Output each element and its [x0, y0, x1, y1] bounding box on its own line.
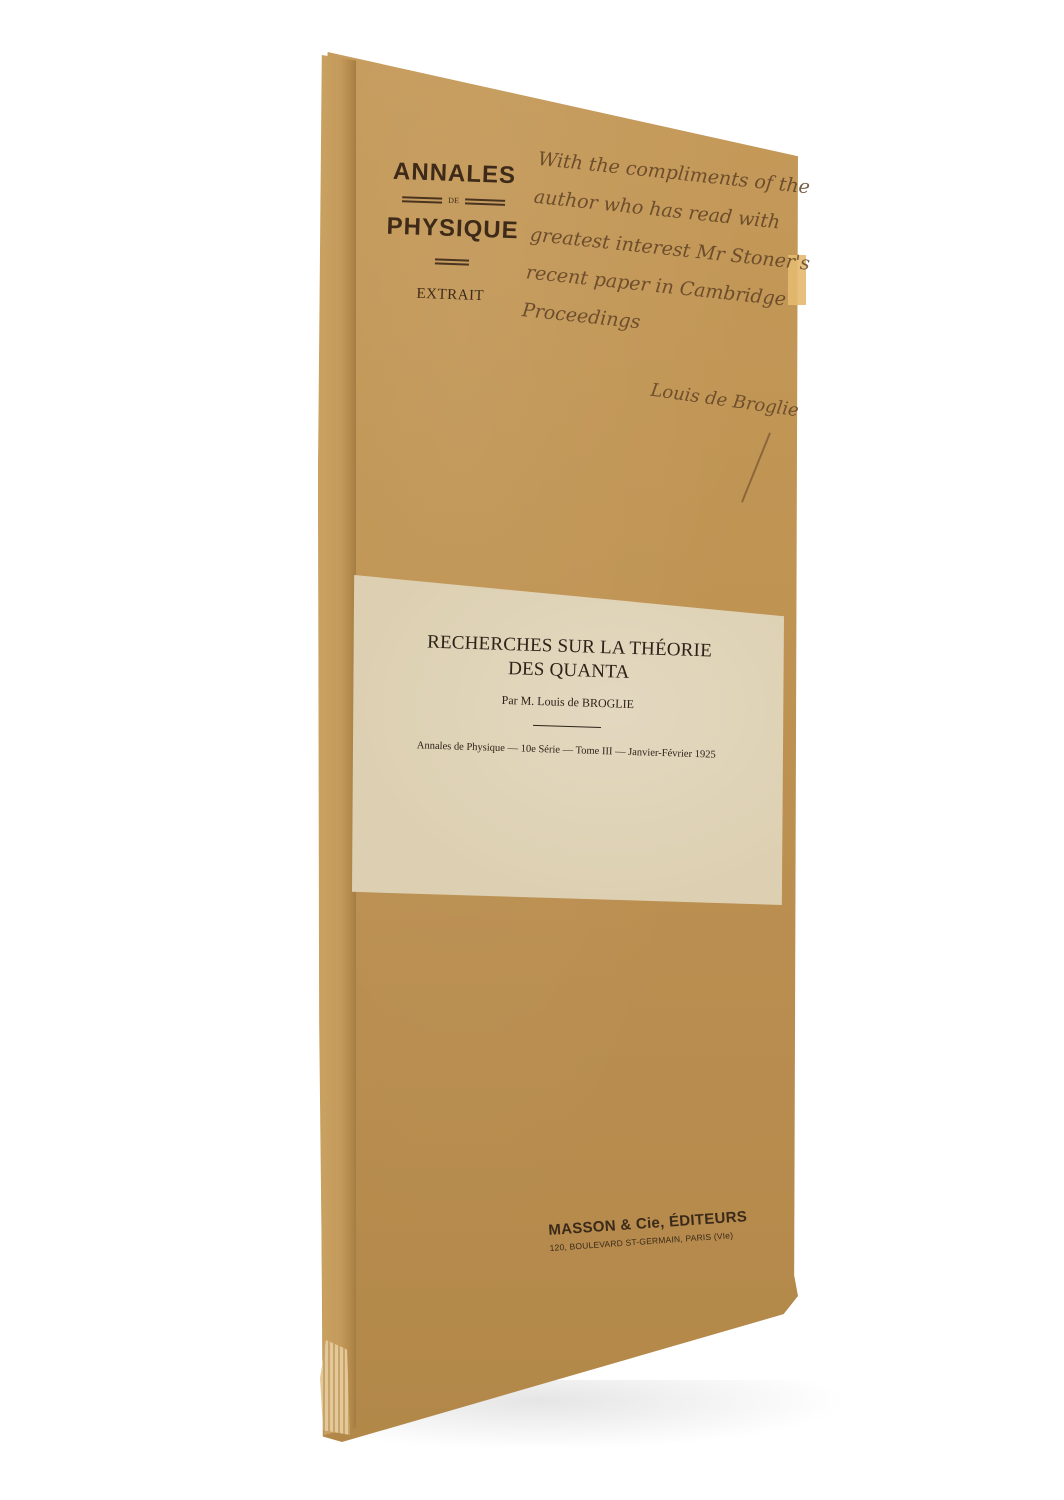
masthead-de: DE [448, 196, 459, 205]
masthead-physique: PHYSIQUE [380, 212, 526, 245]
handwritten-inscription: With the compliments of the author who h… [520, 140, 798, 356]
title-label: RECHERCHES SUR LA THÉORIE DES QUANTA Par… [352, 575, 784, 905]
pamphlet: ANNALES DE PHYSIQUE EXTRAIT With the com… [0, 0, 1064, 1500]
masthead-annales: ANNALES [382, 158, 528, 191]
author-line: Par M. Louis de BROGLIE [352, 688, 784, 717]
label-rule [533, 725, 601, 728]
double-rule [402, 196, 442, 203]
masthead-de-row: DE [381, 193, 526, 207]
citation-line: Annales de Physique — 10e Série — Tome I… [350, 738, 782, 763]
torn-spine-edge [320, 1340, 350, 1435]
short-double-rule [434, 258, 468, 265]
double-rule [465, 198, 505, 205]
journal-masthead: ANNALES DE PHYSIQUE EXTRAIT [378, 158, 528, 307]
spine [318, 55, 356, 1435]
